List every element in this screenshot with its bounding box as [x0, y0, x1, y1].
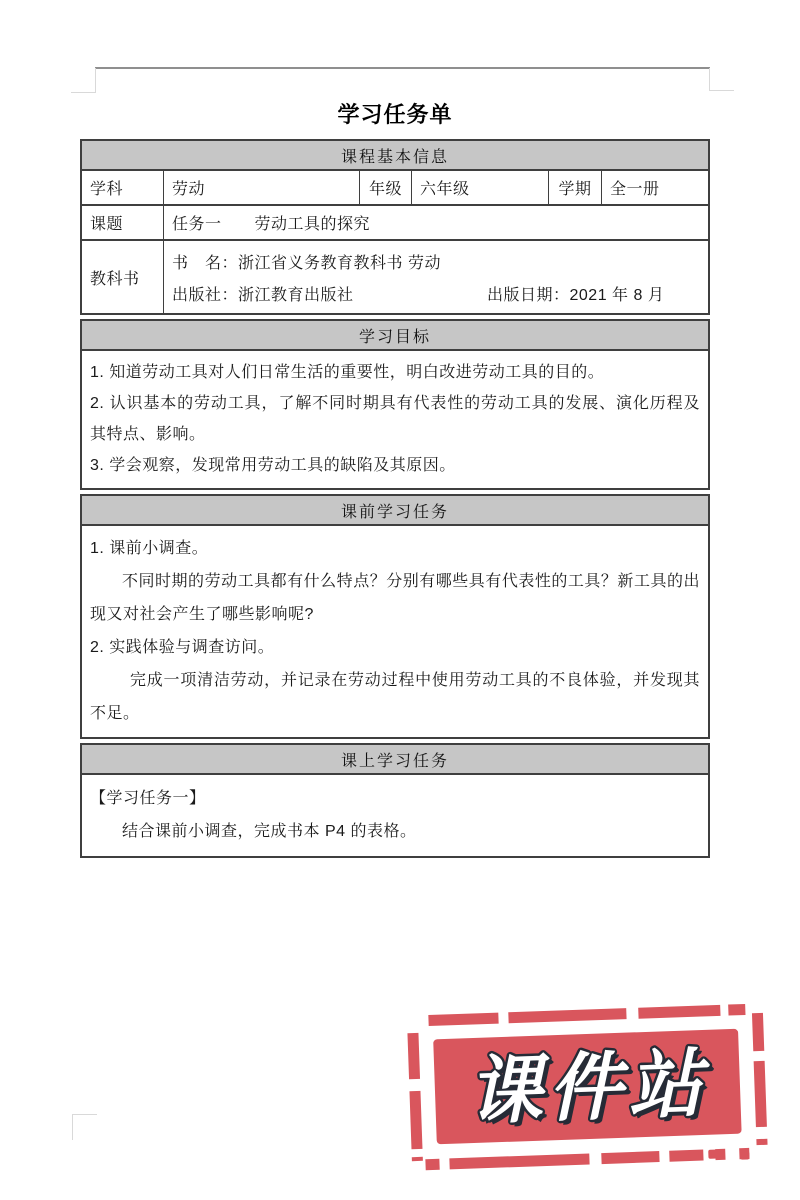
- textbook-info: 书 名：浙江省义务教育教科书 劳动 出版社：浙江教育出版社 出版日期：2021 …: [163, 241, 708, 313]
- section-basic-info: 课程基本信息 学科 劳动 年级 六年级 学期 全一册 课题 任务一 劳动工具的探…: [80, 139, 710, 315]
- objectives-content: 1. 知道劳动工具对人们日常生活的重要性，明白改进劳动工具的目的。 2. 认识基…: [82, 351, 708, 488]
- stamp-text: 课件站: [467, 1042, 713, 1133]
- table-row: 课题 任务一 劳动工具的探究: [82, 206, 708, 241]
- section-header-in-class: 课上学习任务: [82, 745, 708, 775]
- pre-class-paragraph: 完成一项清洁劳动，并记录在劳动过程中使用劳动工具的不良体验，并发现其不足。: [90, 664, 700, 730]
- section-pre-class: 课前学习任务 1. 课前小调查。 不同时期的劳动工具都有什么特点？分别有哪些具有…: [80, 494, 710, 739]
- section-header-basic-info: 课程基本信息: [82, 141, 708, 171]
- task-sheet: 课程基本信息 学科 劳动 年级 六年级 学期 全一册 课题 任务一 劳动工具的探…: [80, 139, 710, 858]
- table-row: 学科 劳动 年级 六年级 学期 全一册: [82, 171, 708, 206]
- objective-item: 3. 学会观察，发现常用劳动工具的缺陷及其原因。: [90, 450, 700, 481]
- pre-class-item: 2. 实践体验与调查访问。: [90, 631, 700, 664]
- crop-mark-top-left-h: [71, 92, 96, 93]
- in-class-content: 【学习任务一】 结合课前小调查，完成书本 P4 的表格。: [82, 775, 708, 856]
- in-class-task-title: 【学习任务一】: [90, 782, 700, 815]
- pre-class-content: 1. 课前小调查。 不同时期的劳动工具都有什么特点？分别有哪些具有代表性的工具？…: [82, 526, 708, 737]
- textbook-publish-date: 出版日期：2021 年 8 月: [487, 282, 664, 305]
- crop-mark-bottom-left-v: [72, 1114, 73, 1140]
- crop-mark-bottom-left-h: [72, 1114, 97, 1115]
- textbook-label: 教科书: [82, 241, 163, 313]
- table-row: 教科书 书 名：浙江省义务教育教科书 劳动 出版社：浙江教育出版社 出版日期：2…: [82, 241, 708, 313]
- grade-label: 年级: [359, 171, 411, 204]
- textbook-publisher: 出版社：浙江教育出版社: [172, 282, 487, 305]
- pre-class-item: 1. 课前小调查。: [90, 532, 700, 565]
- section-header-objectives: 学习目标: [82, 321, 708, 351]
- crop-mark-top-right-h: [709, 90, 734, 91]
- crop-mark-top-right-v: [709, 68, 710, 91]
- section-objectives: 学习目标 1. 知道劳动工具对人们日常生活的重要性，明白改进劳动工具的目的。 2…: [80, 319, 710, 490]
- section-in-class: 课上学习任务 【学习任务一】 结合课前小调查，完成书本 P4 的表格。: [80, 743, 710, 858]
- topic-value: 任务一 劳动工具的探究: [163, 206, 708, 239]
- subject-value: 劳动: [163, 171, 359, 204]
- crop-mark-top-left-v: [95, 68, 96, 93]
- topic-label: 课题: [82, 206, 163, 239]
- grade-value: 六年级: [411, 171, 548, 204]
- header-rule: [95, 67, 710, 69]
- subject-label: 学科: [82, 171, 163, 204]
- semester-label: 学期: [548, 171, 601, 204]
- watermark-stamp: 课件站 课件站: [398, 995, 778, 1184]
- textbook-name: 书 名：浙江省义务教育教科书 劳动: [172, 250, 708, 273]
- semester-value: 全一册: [601, 171, 708, 204]
- in-class-task-text: 结合课前小调查，完成书本 P4 的表格。: [90, 815, 700, 848]
- objective-item: 1. 知道劳动工具对人们日常生活的重要性，明白改进劳动工具的目的。: [90, 357, 700, 388]
- page-title: 学习任务单: [80, 98, 710, 129]
- textbook-publisher-line: 出版社：浙江教育出版社 出版日期：2021 年 8 月: [172, 282, 708, 305]
- section-header-pre-class: 课前学习任务: [82, 496, 708, 526]
- objective-item: 2. 认识基本的劳动工具，了解不同时期具有代表性的劳动工具的发展、演化历程及其特…: [90, 388, 700, 450]
- pre-class-paragraph: 不同时期的劳动工具都有什么特点？分别有哪些具有代表性的工具？新工具的出现又对社会…: [90, 565, 700, 631]
